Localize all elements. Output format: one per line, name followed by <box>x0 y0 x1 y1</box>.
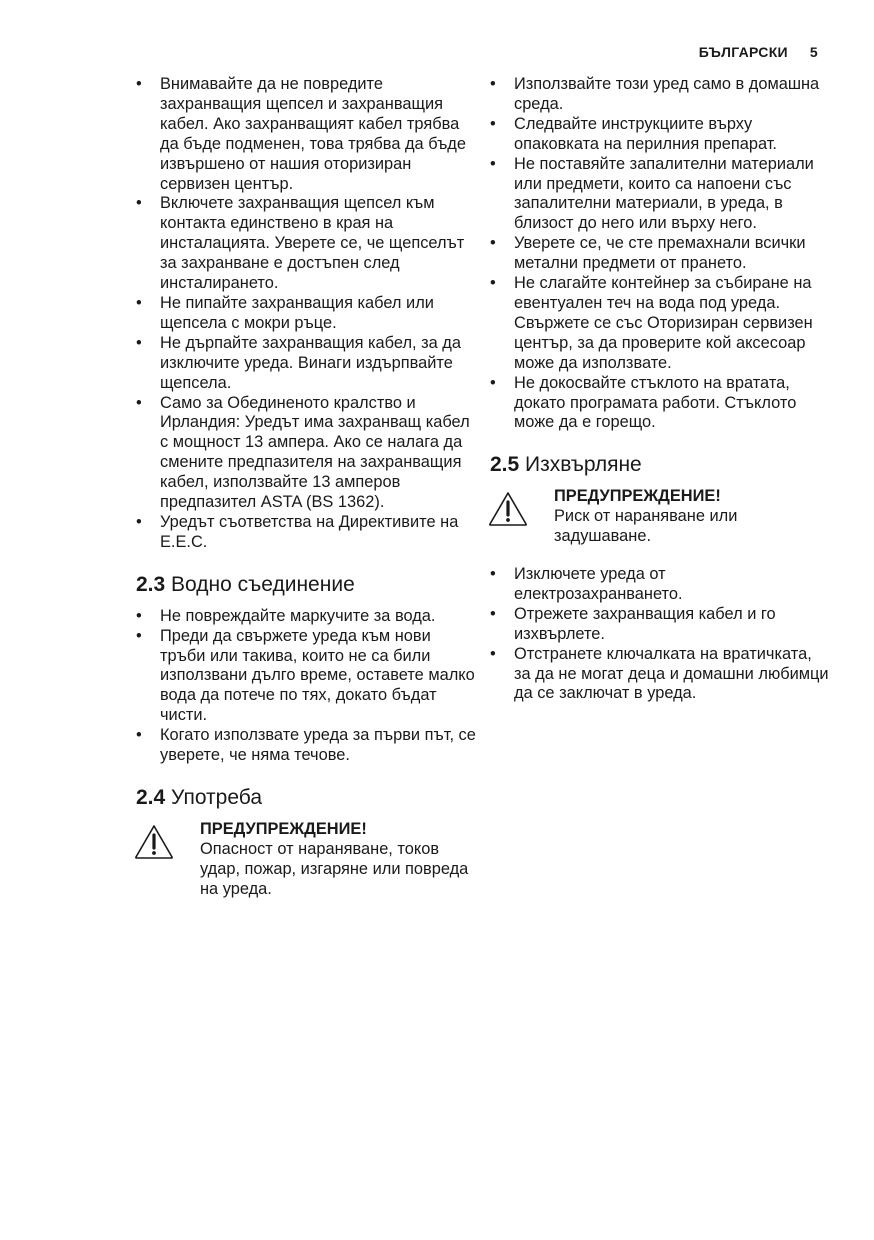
list-item: Следвайте инструкциите върху опаковката … <box>490 115 830 155</box>
list-item: Отрежете захранващия кабел и го изхвърле… <box>490 605 830 645</box>
list-item: Не слагайте контейнер за събиране на еве… <box>490 274 830 374</box>
section-number: 2.3 <box>136 573 165 596</box>
list-item: Уверете се, че сте премахнали всички мет… <box>490 234 830 274</box>
list-item: Използвайте този уред само в домашна сре… <box>490 75 830 115</box>
warning-text: Опасност от нараняване, токов удар, пожа… <box>200 840 476 900</box>
list-item: Не докосвайте стъклото на вратата, докат… <box>490 374 830 434</box>
safety-list-usage: Използвайте този уред само в домашна сре… <box>490 75 830 433</box>
section-heading-disposal: 2.5 Изхвърляне <box>490 453 830 477</box>
water-connection-list: Не повреждайте маркучите за вода. Преди … <box>136 607 476 766</box>
warning-triangle-icon <box>490 487 554 547</box>
section-number: 2.5 <box>490 453 519 476</box>
warning-title: ПРЕДУПРЕЖДЕНИЕ! <box>554 487 830 507</box>
warning-box: ПРЕДУПРЕЖДЕНИЕ! Опасност от нараняване, … <box>136 820 476 900</box>
page-number: 5 <box>810 44 818 60</box>
page-header: БЪЛГАРСКИ 5 <box>699 44 818 60</box>
list-item: Внимавайте да не повредите захранващия щ… <box>136 75 476 194</box>
list-item: Не пипайте захранващия кабел или щепсела… <box>136 294 476 334</box>
warning-body: ПРЕДУПРЕЖДЕНИЕ! Риск от нараняване или з… <box>554 487 830 547</box>
warning-text: Риск от нараняване или задушаване. <box>554 507 830 547</box>
list-item: Не поставяйте запалителни материали или … <box>490 155 830 235</box>
list-item: Не повреждайте маркучите за вода. <box>136 607 476 627</box>
list-item: Уредът съответства на Директивите на E.E… <box>136 513 476 553</box>
warning-title: ПРЕДУПРЕЖДЕНИЕ! <box>200 820 476 840</box>
list-item: Преди да свържете уреда към нови тръби и… <box>136 627 476 727</box>
list-item: Отстранете ключалката на вратичката, за … <box>490 645 830 705</box>
warning-body: ПРЕДУПРЕЖДЕНИЕ! Опасност от нараняване, … <box>200 820 476 900</box>
section-heading-water-connection: 2.3 Водно съединение <box>136 573 476 597</box>
list-item: Само за Обединеното кралство и Ирландия:… <box>136 394 476 513</box>
section-title: Водно съединение <box>171 573 355 596</box>
list-item: Когато използвате уреда за първи път, се… <box>136 726 476 766</box>
list-item: Включете захранващия щепсел към контакта… <box>136 194 476 294</box>
section-heading-usage: 2.4 Употреба <box>136 786 476 810</box>
warning-box: ПРЕДУПРЕЖДЕНИЕ! Риск от нараняване или з… <box>490 487 830 547</box>
left-column: Внимавайте да не повредите захранващия щ… <box>136 75 476 918</box>
list-item: Изключете уреда от електрозахранването. <box>490 565 830 605</box>
safety-list-electrical: Внимавайте да не повредите захранващия щ… <box>136 75 476 553</box>
section-title: Изхвърляне <box>525 453 642 476</box>
section-title: Употреба <box>171 786 262 809</box>
section-number: 2.4 <box>136 786 165 809</box>
list-item: Не дърпайте захранващия кабел, за да изк… <box>136 334 476 394</box>
disposal-list: Изключете уреда от електрозахранването. … <box>490 565 830 704</box>
right-column: Използвайте този уред само в домашна сре… <box>490 75 830 704</box>
language-label: БЪЛГАРСКИ <box>699 44 788 60</box>
warning-triangle-icon <box>136 820 200 900</box>
